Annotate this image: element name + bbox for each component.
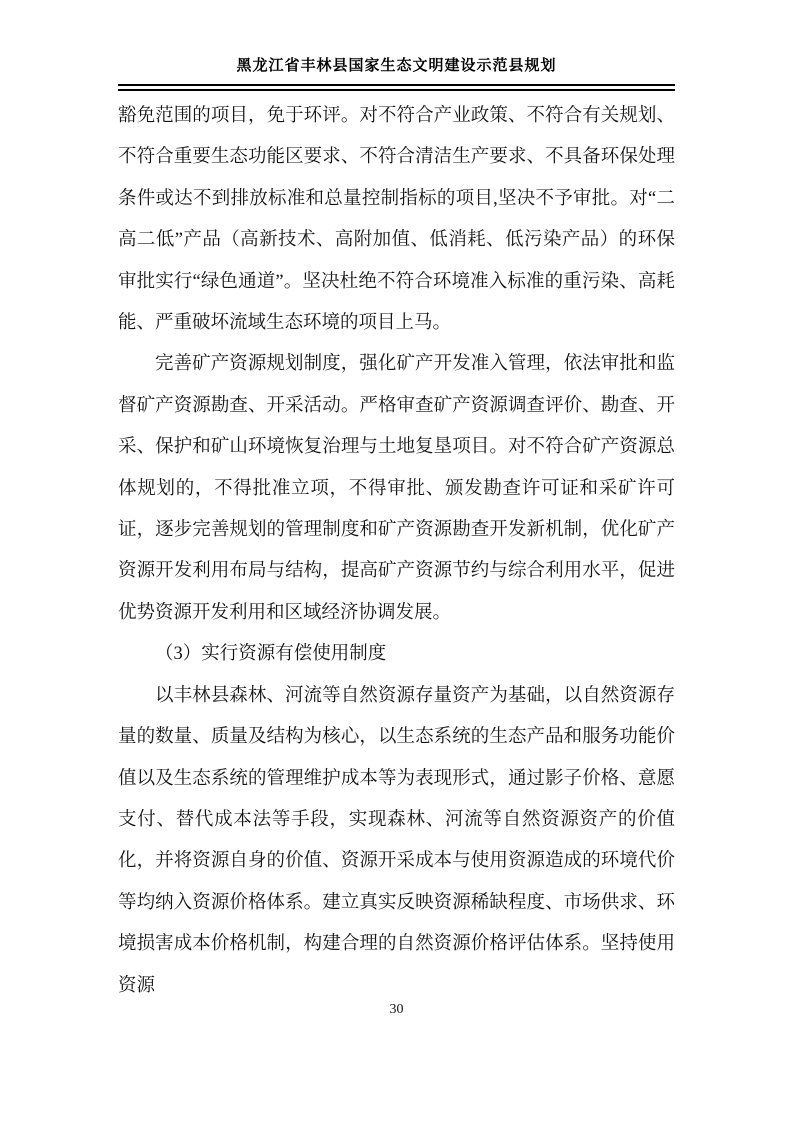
paragraph-mineral-resources: 完善矿产资源规划制度，强化矿产开发准入管理，依法审批和监督矿产资源勘查、开采活动… bbox=[118, 344, 675, 634]
paragraph-resource-pricing: 以丰林县森林、河流等自然资源存量资产为基础，以自然资源存量的数量、质量及结构为核… bbox=[118, 676, 675, 1007]
paragraph-continuation: 豁免范围的项目，免于环评。对不符合产业政策、不符合有关规划、不符合重要生态功能区… bbox=[118, 96, 675, 344]
header-double-rule bbox=[118, 84, 675, 91]
document-page: 黑龙江省丰林县国家生态文明建设示范县规划 豁免范围的项目，免于环评。对不符合产业… bbox=[0, 0, 793, 1122]
section-heading-3: （3）实行资源有偿使用制度 bbox=[118, 634, 675, 675]
page-number: 30 bbox=[0, 1002, 793, 1018]
document-body: 豁免范围的项目，免于环评。对不符合产业政策、不符合有关规划、不符合重要生态功能区… bbox=[118, 96, 675, 1007]
page-header-title: 黑龙江省丰林县国家生态文明建设示范县规划 bbox=[0, 54, 793, 75]
